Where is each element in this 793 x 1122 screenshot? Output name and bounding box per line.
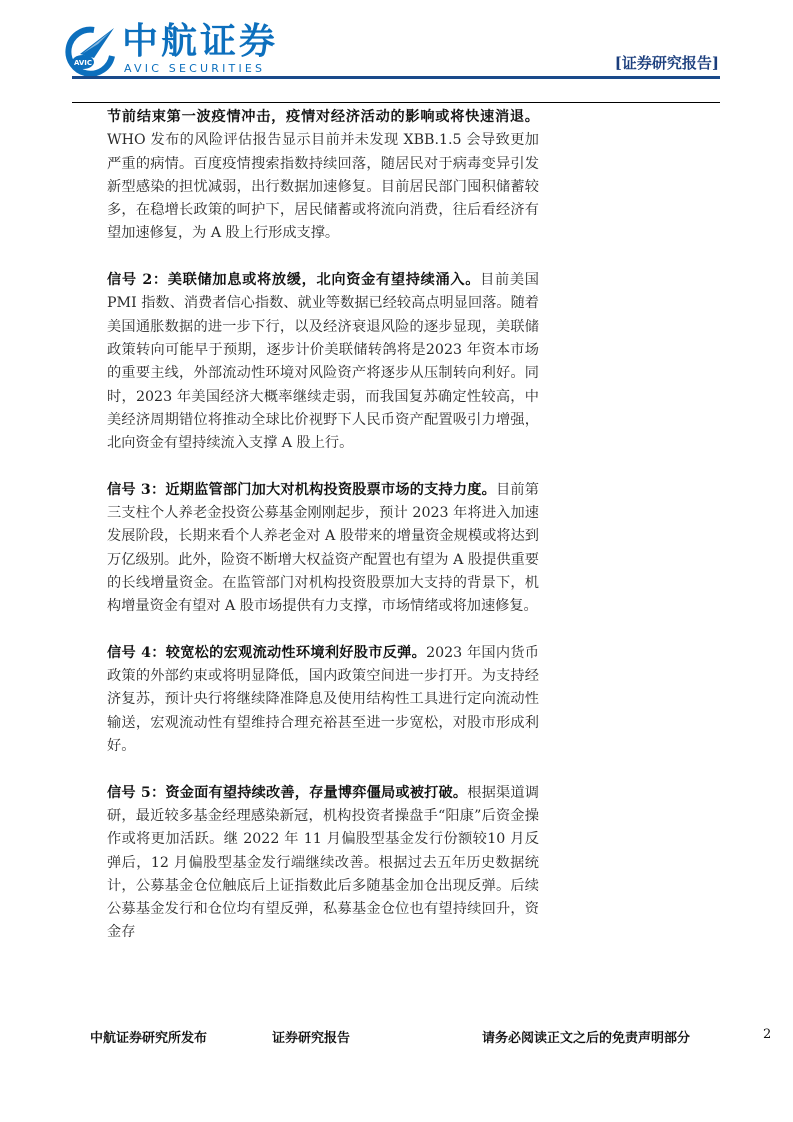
- paragraph-lead: 信号 4：较宽松的宏观流动性环境利好股市反弹。: [107, 645, 426, 661]
- svg-text:AVIC: AVIC: [74, 59, 92, 67]
- paragraph-lead: 节前结束第一波疫情冲击，疫情对经济活动的影响或将快速消退。: [107, 109, 539, 125]
- report-body: 节前结束第一波疫情冲击，疫情对经济活动的影响或将快速消退。WHO 发布的风险评估…: [107, 106, 539, 968]
- header-rule-blue: [72, 76, 720, 79]
- logo-english-name: AVIC SECURITIES: [124, 62, 265, 76]
- paragraph-signal-5: 信号 5：资金面有望持续改善，存量博弈僵局或被打破。根据渠道调研，最近较多基金经…: [107, 782, 539, 945]
- paragraph-signal-3: 信号 3：近期监管部门加大对机构投资股票市场的支持力度。目前第三支柱个人养老金投…: [107, 479, 539, 619]
- paragraph-text: 目前第三支柱个人养老金投资公募基金刚刚起步，预计 2023 年将进入加速发展阶段…: [107, 482, 539, 614]
- logo-chinese-name: 中航证券: [122, 22, 278, 62]
- paragraph-text: 目前美国 PMI 指数、消费者信心指数、就业等数据已经较高点明显回落。随着美国通…: [107, 272, 539, 451]
- paragraph-text: WHO 发布的风险评估报告显示目前并未发现 XBB.1.5 会导致更加严重的病情…: [107, 132, 539, 241]
- paragraph-signal-4: 信号 4：较宽松的宏观流动性环境利好股市反弹。2023 年国内货币政策的外部约束…: [107, 642, 539, 758]
- avic-logo-icon: AVIC: [64, 24, 116, 76]
- report-type-tag: [证券研究报告]: [615, 52, 719, 73]
- paragraph-lead: 信号 3：近期监管部门加大对机构投资股票市场的支持力度。: [107, 482, 496, 498]
- page-header: AVIC 中航证券 AVIC SECURITIES [证券研究报告]: [0, 0, 793, 110]
- paragraph-signal-1: 节前结束第一波疫情冲击，疫情对经济活动的影响或将快速消退。WHO 发布的风险评估…: [107, 106, 539, 246]
- paragraph-lead: 信号 2：美联储加息或将放缓，北向资金有望持续涌入。: [107, 272, 480, 288]
- footer-disclaimer: 请务必阅读正文之后的免责声明部分: [482, 1027, 690, 1046]
- paragraph-lead: 信号 5：资金面有望持续改善，存量博弈僵局或被打破。: [107, 785, 467, 801]
- paragraph-signal-2: 信号 2：美联储加息或将放缓，北向资金有望持续涌入。目前美国 PMI 指数、消费…: [107, 269, 539, 455]
- page-footer: 中航证券研究所发布 证券研究报告 请务必阅读正文之后的免责声明部分 2: [0, 1027, 793, 1051]
- page-number: 2: [763, 1027, 771, 1042]
- header-rule-black: [72, 102, 720, 103]
- footer-doc-type: 证券研究报告: [272, 1027, 350, 1046]
- footer-publisher: 中航证券研究所发布: [90, 1027, 207, 1046]
- paragraph-text: 根据渠道调研，最近较多基金经理感染新冠，机构投资者操盘手“阳康”后资金操作或将更…: [107, 785, 539, 941]
- company-logo: AVIC 中航证券 AVIC SECURITIES: [64, 22, 284, 78]
- paragraph-text: 2023 年国内货币政策的外部约束或将明显降低，国内政策空间进一步打开。为支持经…: [107, 645, 539, 754]
